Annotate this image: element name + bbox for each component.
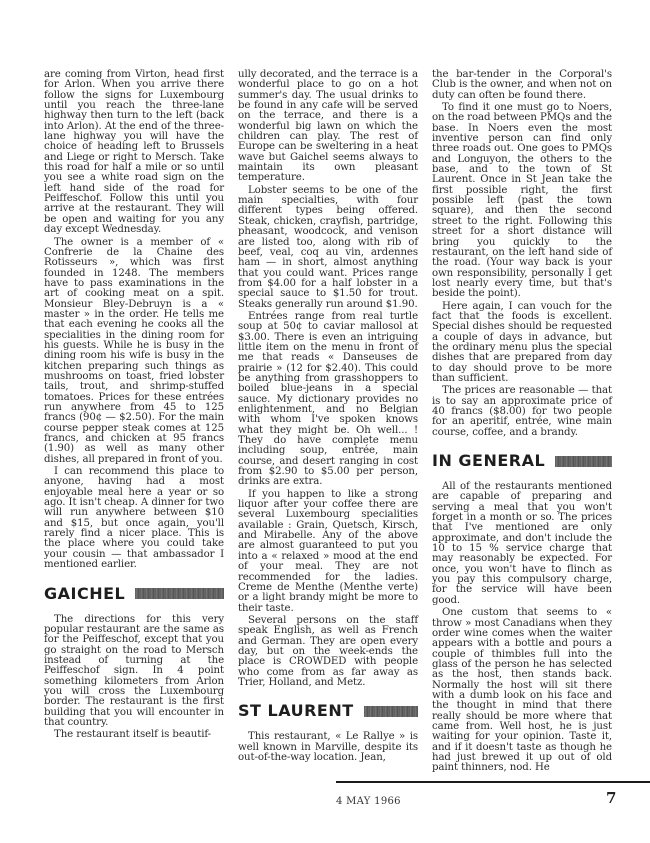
heading-label: ST LAURENT	[238, 702, 354, 720]
paragraph: Lobster seems to be one of the main spec…	[238, 186, 418, 310]
heading-label: IN GENERAL	[432, 452, 545, 470]
column-2: ully decorated, and the terrace is a won…	[238, 70, 418, 765]
paragraph: Entrées range from real turtle soup at 5…	[238, 312, 418, 488]
page-number: 7	[606, 789, 616, 807]
heading-bar-decoration	[555, 456, 612, 467]
paragraph: The directions for this very popular res…	[44, 615, 224, 729]
footer-date: 4 MAY 1966	[336, 796, 401, 807]
heading-bar-decoration	[135, 588, 224, 599]
section-heading-st-laurent: ST LAURENT	[238, 702, 418, 720]
paragraph: To find it one must go to Noers, on the …	[432, 103, 612, 300]
paragraph: I can recommend this place to anyone, ha…	[44, 467, 224, 570]
paragraph: are coming from Virton, head first for A…	[44, 70, 224, 236]
paragraph: ully decorated, and the terrace is a won…	[238, 70, 418, 184]
paragraph: Here again, I can vouch for the fact tha…	[432, 302, 612, 385]
footer-rule	[336, 781, 650, 783]
section-heading-gaichel: GAICHEL	[44, 585, 224, 603]
paragraph: One custom that seems to « throw » most …	[432, 608, 612, 774]
heading-bar-decoration	[364, 706, 418, 717]
paragraph: Several persons on the staff speak Engli…	[238, 616, 418, 688]
paragraph: This restaurant, « Le Rallye » is well k…	[238, 732, 418, 763]
column-1: are coming from Virton, head first for A…	[44, 70, 224, 743]
paragraph: The prices are reasonable — that is to s…	[432, 386, 612, 438]
paragraph: the bar-tender in the Corporal's Club is…	[432, 70, 612, 101]
paragraph: The owner is a member of « Confrerie de …	[44, 238, 224, 466]
heading-label: GAICHEL	[44, 585, 125, 603]
paragraph: The restaurant itself is beautif-	[44, 730, 224, 740]
section-heading-in-general: IN GENERAL	[432, 452, 612, 470]
column-3: the bar-tender in the Corporal's Club is…	[432, 70, 612, 776]
paragraph: All of the restaurants mentioned are cap…	[432, 482, 612, 606]
paragraph: If you happen to like a strong liquor af…	[238, 490, 418, 614]
